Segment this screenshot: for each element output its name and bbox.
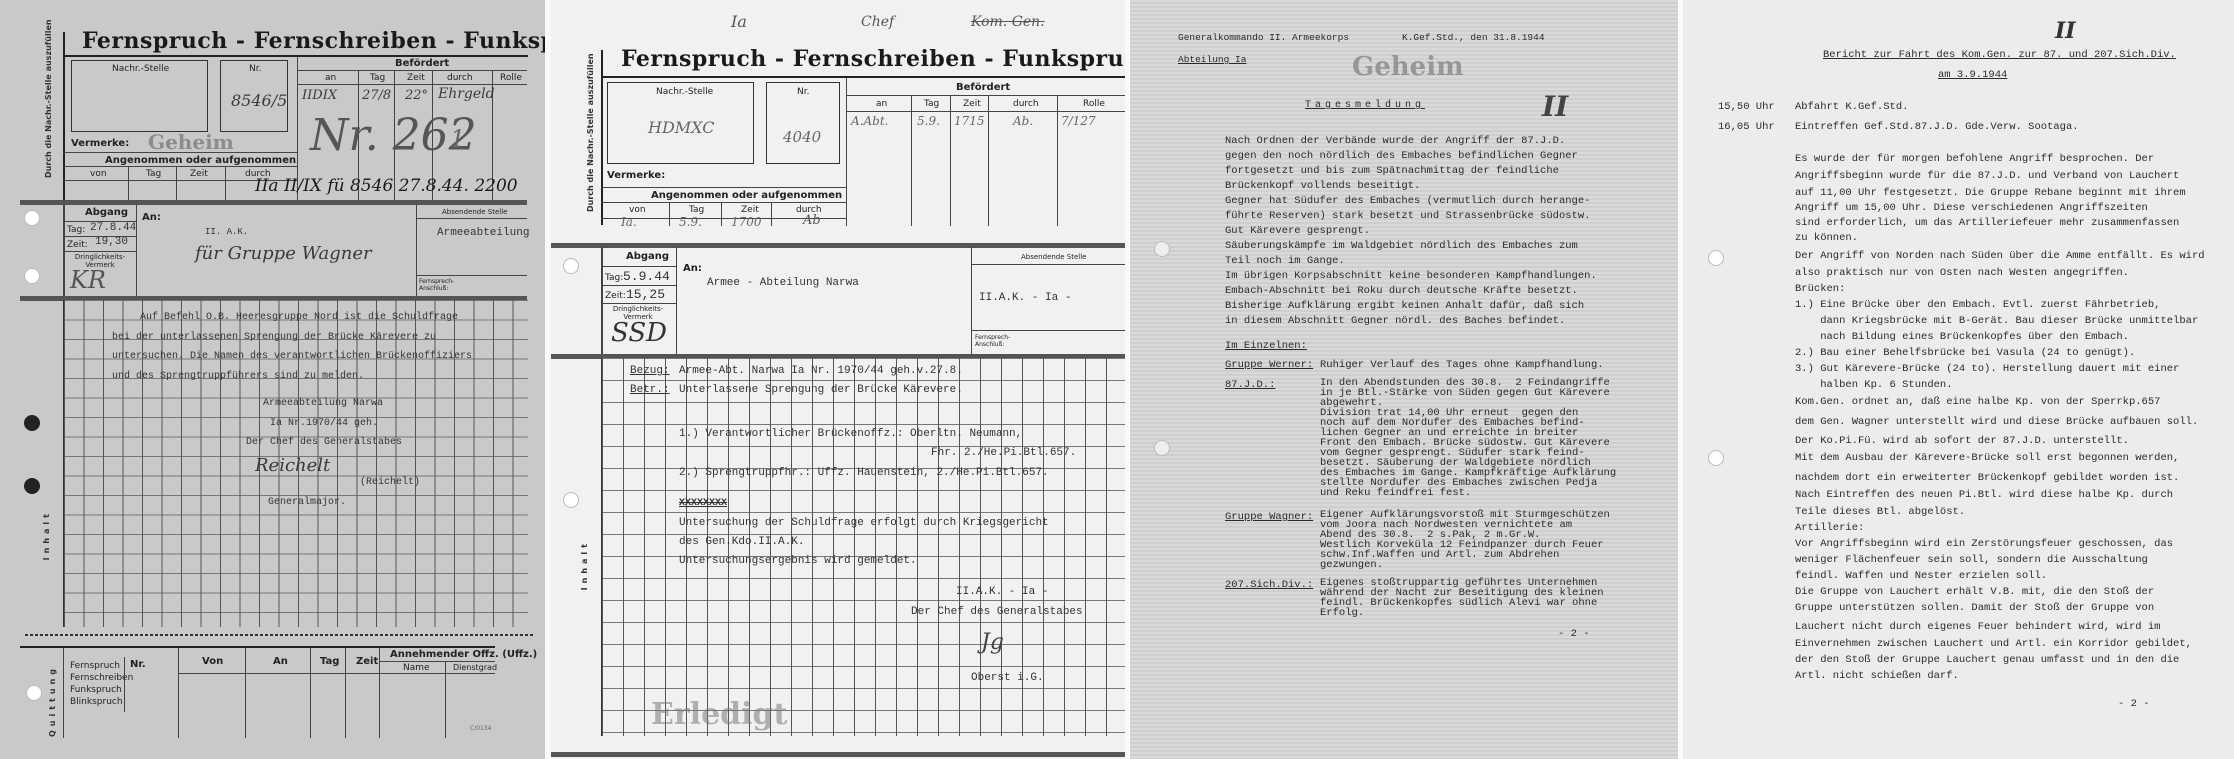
angenommen-header-tag: Tag xyxy=(689,205,704,215)
rule xyxy=(128,166,129,202)
report-title: Bericht zur Fahrt des Kom.Gen. zur 87. u… xyxy=(1823,48,2176,63)
body-line: und des Sprengtruppführers sind zu melde… xyxy=(112,371,364,382)
an-label: An: xyxy=(142,212,161,223)
intro-line: führte Reserven) stark besetzt und Stras… xyxy=(1225,209,1590,224)
body-line: Vor Angriffsbeginn wird ein Zerstörungsf… xyxy=(1795,537,2173,552)
punch-hole xyxy=(1154,241,1170,257)
intro-line: gegen den noch nördlich des Embaches bef… xyxy=(1225,149,1578,164)
section-rule xyxy=(20,200,527,205)
quittung-header-tag: Tag xyxy=(320,656,339,667)
body-line: also praktisch nur von Osten nach Westen… xyxy=(1795,266,2129,281)
nr-box: Nr. 8546/5 xyxy=(220,60,288,132)
befoerdert-zeit-value: 22° xyxy=(405,88,428,103)
absendende-value: II.A.K. - Ia - xyxy=(979,292,1071,304)
page-mark: II xyxy=(2055,18,2076,44)
left-rule xyxy=(601,50,603,225)
befoerdert-durch-value: Ab. xyxy=(1013,114,1033,128)
absendende-label: Absendende Stelle xyxy=(1021,253,1086,261)
an-recipient: II. A.K. xyxy=(205,227,248,237)
body-line: Untersuchungsergebnis wird gemeldet. xyxy=(679,555,917,567)
title-rule xyxy=(63,55,528,57)
body-line: Artl. nicht schießen darf. xyxy=(1795,669,1959,684)
body-line: Lauchert nicht durch eigenes Feuer behin… xyxy=(1795,620,2160,635)
rule xyxy=(601,202,846,203)
side-label: Durch die Nachr.-Stelle auszufüllen xyxy=(586,82,595,212)
rule xyxy=(601,303,676,304)
quittung-type: Funkspruch xyxy=(70,685,122,695)
body-line: zu können. xyxy=(1795,231,1858,246)
body-line: Es wurde der für morgen befohlene Angrif… xyxy=(1795,152,2154,167)
abgang-label: Abgang xyxy=(626,251,669,262)
rule xyxy=(721,202,722,226)
rule xyxy=(178,673,495,674)
body-line: dann Kriegsbrücke mit B-Gerät. Bau diese… xyxy=(1795,314,2198,329)
intro-line: Embach-Abschnitt bei Roku durch deutsche… xyxy=(1225,284,1578,299)
nachr-stelle-box: Nachr.-Stelle HDMXC xyxy=(607,82,754,164)
nr-label: Nr. xyxy=(249,64,261,74)
body-line: 3.) Gut Kärevere-Brücke (24 to). Herstel… xyxy=(1795,362,2179,377)
inhalt-label: Inhalt xyxy=(42,510,51,560)
rule xyxy=(911,95,912,226)
body-line: Mit dem Ausbau der Kärevere-Brücke soll … xyxy=(1795,451,2179,466)
punch-hole xyxy=(1708,250,1724,266)
punch-hole xyxy=(24,210,40,226)
section-rule xyxy=(551,243,1125,248)
item-1-continued: Fhr. 2./He.Pi.Btl.657. xyxy=(931,447,1076,459)
body-line: Nach Eintreffen des neuen Pi.Btl. wird d… xyxy=(1795,488,2173,503)
rule xyxy=(971,264,1125,265)
fernsprech-label: Fernsprech-Anschluß: xyxy=(419,278,459,292)
body-line: halben Kp. 6 Stunden. xyxy=(1795,378,1953,393)
document-panel-1-telegram-form: Fernspruch - Fernschreiben - Funkspruch … xyxy=(0,0,545,759)
befoerdert-durch-value: Ehrgeld xyxy=(438,86,495,102)
signature-scrawl: Jg xyxy=(981,630,1004,655)
page-number: - 2 - xyxy=(2118,697,2150,712)
quittung-header-von: Von xyxy=(202,656,223,667)
page-mark: II xyxy=(1542,90,1568,123)
befoerdert-label: Befördert xyxy=(395,58,449,69)
body-line: Der Angriff von Norden nach Süden über d… xyxy=(1795,249,2205,264)
body-line: Angriffsbeginn wurde für die 87.J.D. und… xyxy=(1795,169,2179,184)
befoerdert-header-an: an xyxy=(876,99,887,109)
punch-hole xyxy=(1154,440,1170,456)
rule xyxy=(601,285,676,286)
body-line: untersuchen. Die Namen des verantwortlic… xyxy=(112,351,472,362)
intro-line: Gegner hat Südufer des Embaches (vermutl… xyxy=(1225,194,1590,209)
betr-label: Betr.: xyxy=(630,384,670,396)
side-label: Durch die Nachr.-Stelle auszufüllen xyxy=(44,58,53,178)
margin-note-ia: Ia xyxy=(731,12,747,31)
signature-unit: II.A.K. - Ia - xyxy=(956,586,1048,598)
rule xyxy=(178,648,179,738)
intro-line: in diesem Abschnitt Gegner nördl. des Ba… xyxy=(1225,314,1565,329)
signature-title: Der Chef des Generalstabes xyxy=(911,606,1083,618)
punch-hole xyxy=(1708,450,1724,466)
body-line: Kom.Gen. ordnet an, daß eine halbe Kp. v… xyxy=(1795,395,2160,410)
rule xyxy=(601,187,846,188)
body-line: 2.) Bau einer Behelfsbrücke bei Vasula (… xyxy=(1795,346,2135,361)
befoerdert-rolle-value: 7/127 xyxy=(1061,114,1096,128)
betr-value: Unterlassene Sprengung der Brücke Käreve… xyxy=(679,384,963,396)
entry-line: und Reku feindfrei fest. xyxy=(1320,488,1471,498)
angenommen-tag-value: 5.9. xyxy=(679,215,702,229)
punch-hole xyxy=(26,685,42,701)
rule xyxy=(225,166,226,202)
rule xyxy=(416,275,527,276)
angenommen-header-von: von xyxy=(629,205,646,215)
rule xyxy=(245,648,246,738)
rule xyxy=(988,95,989,226)
geheim-stamp: Geheim xyxy=(148,130,234,154)
zeit-value: 19,30 xyxy=(95,236,128,248)
angenommen-zeit-value: 1700 xyxy=(731,215,762,229)
item-1: 1.) Verantwortlicher Brückenoffz.: Oberl… xyxy=(679,428,1022,440)
erledigt-stamp: Erledigt xyxy=(651,697,787,732)
body-line: Artillerie: xyxy=(1795,521,1864,536)
rule xyxy=(136,205,137,297)
absendende-label: Absendende Stelle xyxy=(442,208,507,216)
an-value: Armee - Abteilung Narwa xyxy=(707,277,859,289)
vermerke-label: Vermerke: xyxy=(71,138,129,149)
signature-rank: Generalmajor. xyxy=(268,497,346,508)
bezug-label: Bezug: xyxy=(630,365,670,377)
quittung-type: Blinkspruch xyxy=(70,697,123,707)
body-line: dem Gen. Wagner unterstellt wird und die… xyxy=(1795,415,2198,430)
punch-hole xyxy=(563,258,579,274)
body-line: feindl. Waffen und Nester erzielen soll. xyxy=(1795,569,2047,584)
document-panel-2-telegram-form: Ia Chef Kom. Gen. Fernspruch - Fernschre… xyxy=(551,0,1125,759)
handwritten-routing-line: IIa II/IX fü 8546 27.8.44. 2200 xyxy=(255,176,518,196)
befoerdert-header-an: an xyxy=(325,73,336,83)
zeit-label: Zeit: xyxy=(605,291,626,301)
quittung-label: Quittung xyxy=(48,665,57,737)
document-panel-3-daily-report: Generalkommando II. Armeekorps K.Gef.Std… xyxy=(1130,0,1678,759)
bezug-value: Armee-Abt. Narwa Ia Nr. 1970/44 geh.v.27… xyxy=(679,365,963,377)
entry-unit: 87.J.D.: xyxy=(1225,378,1275,393)
punch-hole xyxy=(24,268,40,284)
header-right: K.Gef.Std., den 31.8.1944 xyxy=(1402,30,1545,45)
page-number: - 2 - xyxy=(1558,627,1590,642)
body-line: Der Ko.Pi.Fü. wird ab sofort der 87.J.D.… xyxy=(1795,434,2129,449)
angenommen-header-tag: Tag xyxy=(146,169,161,179)
form-title: Fernspruch - Fernschreiben - Funkspruch … xyxy=(621,46,1125,72)
befoerdert-an-value: A.Abt. xyxy=(851,114,888,128)
rule xyxy=(971,330,1125,331)
body-line: weniger Flächenfeuer sein soll, sondern … xyxy=(1795,553,2148,568)
punch-hole xyxy=(24,478,40,494)
absendende-value: Armeeabteilung xyxy=(437,227,529,239)
body-line: Die Gruppe von Lauchert erhält V.B. mit,… xyxy=(1795,585,2154,600)
nr-value: 4040 xyxy=(783,128,821,146)
intro-line: Gut Kärevere gesprengt. xyxy=(1225,224,1370,239)
dringlichkeit-value: SSD xyxy=(611,318,667,348)
schedule-time: 16,05 Uhr xyxy=(1718,120,1775,135)
title-rule xyxy=(601,76,1125,78)
befoerdert-header-tag: Tag xyxy=(370,73,385,83)
rule xyxy=(124,657,125,712)
body-line: der den Stoß der Gruppe Lauchert genau u… xyxy=(1795,653,2179,668)
befoerdert-header-rolle: Rolle xyxy=(1083,99,1105,109)
befoerdert-header-zeit: Zeit xyxy=(407,73,425,83)
quittung-type: Fernspruch xyxy=(70,661,120,671)
angenommen-header-von: von xyxy=(90,169,107,179)
document-title: Tagesmeldung xyxy=(1305,98,1425,113)
entry-line: Ruhiger Verlauf des Tages ohne Kampfhand… xyxy=(1320,358,1604,373)
angenommen-label: Angenommen oder aufgenommen xyxy=(105,155,296,166)
punch-hole xyxy=(24,415,40,431)
vermerke-label: Vermerke: xyxy=(607,170,665,181)
document-panel-4-trip-report: II Bericht zur Fahrt des Kom.Gen. zur 87… xyxy=(1683,0,2234,759)
signature-unit: Armeeabteilung Narwa xyxy=(263,398,383,409)
quittung-header-name: Name xyxy=(403,663,430,673)
quittung-header-nr: Nr. xyxy=(130,659,146,670)
befoerdert-header-durch: durch xyxy=(1013,99,1039,109)
perforation xyxy=(25,634,535,636)
dringlichkeit-value: KR xyxy=(70,266,106,294)
signature-scrawl: Reichelt xyxy=(255,455,330,476)
tag-value: 27.8.44 xyxy=(90,222,136,234)
signature-name: (Reichelt) xyxy=(360,477,420,488)
signature-title: Der Chef des Generalstabes xyxy=(246,437,402,448)
body-line: 1.) Eine Brücke über den Embach. Evtl. z… xyxy=(1795,298,2160,313)
struck-word: XXXXXXXX xyxy=(679,498,727,509)
section-rule xyxy=(551,752,1125,757)
body-line: Teile dieses Btl. abgelöst. xyxy=(1795,505,1965,520)
rule xyxy=(601,266,676,267)
body-line: nachdem dort ein erweiterter Brückenkopf… xyxy=(1795,471,2179,486)
befoerdert-tag-value: 27/8 xyxy=(362,88,391,103)
rule xyxy=(771,202,772,226)
intro-line: Nach Ordnen der Verbände wurde der Angri… xyxy=(1225,134,1565,149)
rule xyxy=(601,247,603,357)
tag-value: 5.9.44 xyxy=(623,269,670,284)
nr-value: 8546/5 xyxy=(231,91,287,110)
rule xyxy=(676,247,677,357)
body-line: auf 11,00 Uhr festgesetzt. Die Gruppe Re… xyxy=(1795,186,2186,201)
header-left: Generalkommando II. Armeekorps xyxy=(1178,30,1349,45)
rule xyxy=(846,111,1125,112)
an-label: An: xyxy=(683,263,702,274)
body-line: Auf Befehl O.B. Heeresgruppe Nord ist di… xyxy=(140,312,458,323)
befoerdert-header-rolle: Rolle xyxy=(500,73,522,83)
rule xyxy=(345,648,346,738)
margin-note-chef: Chef xyxy=(861,14,894,30)
befoerdert-header-tag: Tag xyxy=(924,99,939,109)
rule xyxy=(63,648,64,738)
body-line: Angriff um 15,00 Uhr. Diese verschiedene… xyxy=(1795,201,2148,216)
rule xyxy=(379,661,495,662)
intro-line: Teil noch im Gange. xyxy=(1225,254,1345,269)
zeit-value: 15,25 xyxy=(626,287,665,302)
nr-box: Nr. 4040 xyxy=(766,82,840,164)
geheim-stamp: Geheim xyxy=(1352,52,1464,82)
rule xyxy=(846,95,1125,96)
body-line: Brücken: xyxy=(1795,282,1845,297)
einzelnen-heading: Im Einzelnen: xyxy=(1225,339,1307,354)
nachr-stelle-label: Nachr.-Stelle xyxy=(656,87,713,97)
rule xyxy=(176,166,177,202)
entry-line: Erfolg. xyxy=(1320,608,1364,618)
angenommen-von-value: Ia. xyxy=(621,215,637,229)
intro-line: Bisherige Aufklärung ergibt keinen Anhal… xyxy=(1225,299,1584,314)
rule xyxy=(310,648,311,738)
body-line: sind erforderlich, um das Artilleriefeue… xyxy=(1795,216,2179,231)
margin-note-kom-gen: Kom. Gen. xyxy=(971,14,1045,30)
rule xyxy=(63,152,298,153)
item-2: 2.) Sprengtruppfhr.: Uffz. Hauenstein, 2… xyxy=(679,467,1049,479)
left-rule xyxy=(63,32,65,202)
rule xyxy=(1057,95,1058,226)
fernsprech-label: Fernsprech-Anschluß: xyxy=(975,334,1017,348)
angenommen-label: Angenommen oder aufgenommen xyxy=(651,190,842,201)
befoerdert-header-durch: durch xyxy=(447,73,473,83)
report-date: am 3.9.1944 xyxy=(1938,68,2007,83)
befoerdert-an-value: IIDIX xyxy=(302,88,337,103)
befoerdert-zeit-value: 1715 xyxy=(954,114,985,128)
entry-unit: Gruppe Wagner: xyxy=(1225,510,1313,525)
rule xyxy=(950,95,951,226)
angenommen-header-zeit: Zeit xyxy=(190,169,208,179)
rule xyxy=(63,166,298,167)
department: Abteilung Ia xyxy=(1178,52,1246,67)
handwritten-mark: 1 xyxy=(450,125,465,153)
quittung-header-an: An xyxy=(273,656,288,667)
intro-line: Säuberungskämpfe im Waldgebiet nördlich … xyxy=(1225,239,1578,254)
angenommen-header-zeit: Zeit xyxy=(741,205,759,215)
nachr-stelle-box: Nachr.-Stelle xyxy=(71,60,208,132)
intro-line: Brückenkopf vollends beseitigt. xyxy=(1225,179,1420,194)
rule xyxy=(20,646,495,648)
angenommen-durch-value: Ab xyxy=(803,213,821,228)
signature-rank: Oberst i.G. xyxy=(971,672,1044,684)
intro-line: Im übrigen Korpsabschnitt keine besonder… xyxy=(1225,269,1597,284)
entry-unit: Gruppe Werner: xyxy=(1225,358,1313,373)
an-addressee: für Gruppe Wagner xyxy=(195,243,372,264)
signature-reference: Ia Nr.1970/44 geh. xyxy=(270,418,378,429)
zeit-label: Zeit: xyxy=(67,240,88,250)
body-line: des Gen.Kdo.II.A.K. xyxy=(679,536,804,548)
befoerdert-tag-value: 5.9. xyxy=(917,114,940,128)
form-code: C/0134 xyxy=(470,725,491,732)
rule xyxy=(63,251,136,252)
rule xyxy=(669,202,670,226)
entry-unit: 207.Sich.Div.: xyxy=(1225,578,1313,593)
abgang-label: Abgang xyxy=(85,207,128,218)
schedule-text: Abfahrt K.Gef.Std. xyxy=(1795,100,1908,115)
form-title: Fernspruch - Fernschreiben - Funkspruch … xyxy=(82,28,545,54)
body-line: bei der unterlassenen Sprengung der Brüc… xyxy=(112,332,436,343)
nachr-stelle-label: Nachr.-Stelle xyxy=(112,64,169,74)
schedule-time: 15,50 Uhr xyxy=(1718,100,1775,115)
quittung-header-annehmender: Annehmender Offz. (Uffz.) xyxy=(390,649,537,660)
punch-hole xyxy=(563,492,579,508)
inhalt-label: Inhalt xyxy=(580,540,589,590)
quittung-header-dienstgrad: Dienstgrad xyxy=(453,663,497,672)
body-line: Gruppe unterstützen sollen. Damit der St… xyxy=(1795,601,2154,616)
nachr-stelle-value: HDMXC xyxy=(648,118,715,137)
body-line: nach Bildung eines Brückenkopfes über de… xyxy=(1795,330,2129,345)
intro-line: fortgesetzt und bis zum Spätnachmittag d… xyxy=(1225,164,1559,179)
rule xyxy=(416,218,527,219)
entry-line: gezwungen. xyxy=(1320,560,1383,570)
nr-label: Nr. xyxy=(797,87,809,97)
befoerdert-header-zeit: Zeit xyxy=(963,99,981,109)
quittung-header-zeit: Zeit xyxy=(356,656,378,667)
rule xyxy=(846,78,847,226)
schedule-text: Eintreffen Gef.Std.87.J.D. Gde.Verw. Soo… xyxy=(1795,120,2079,135)
tag-label: Tag: xyxy=(67,225,85,235)
tag-label: Tag: xyxy=(605,273,623,283)
body-line: Untersuchung der Schuldfrage erfolgt dur… xyxy=(679,517,1049,529)
befoerdert-label: Befördert xyxy=(956,82,1010,93)
body-line: Einvernehmen zwischen Lauchert und Artl.… xyxy=(1795,637,2192,652)
